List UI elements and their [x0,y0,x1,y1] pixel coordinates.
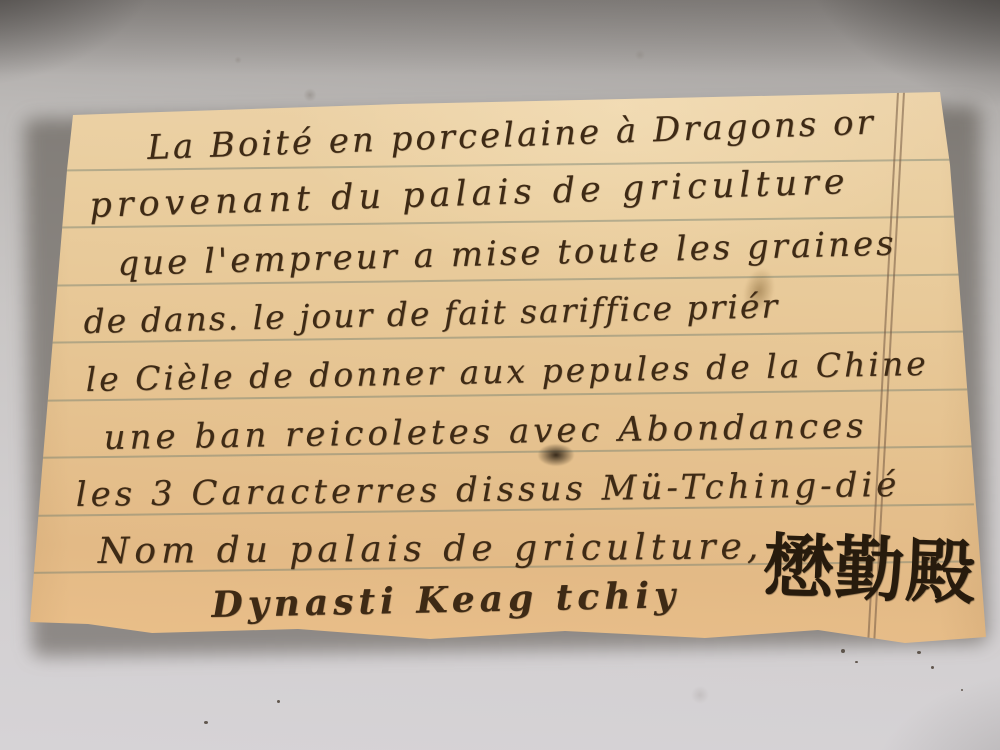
handwritten-text: une ban reicoletes avec Abondances [103,406,867,458]
ink-speck [931,666,934,669]
handwritten-text: les 3 Caracterres dissus Mü-Tching-dié [76,465,901,515]
handwritten-line: La Boité en porcelaine à Dragons or [147,103,877,168]
ink-speck [841,649,845,653]
handwritten-line: une ban reicoletes avec Abondances [103,406,867,458]
handwritten-line: Dynasti Keag tchiy [211,574,680,626]
ink-speck [961,689,963,691]
handwritten-text: provenant du palais de griculture [89,162,850,226]
photograph: La Boité en porcelaine à Dragons or prov… [0,0,1000,750]
cjk-inscription: 懋勤殿 [762,510,978,618]
handwritten-line: les 3 Caracterres dissus Mü-Tching-dié [76,465,901,515]
handwritten-line: provenant du palais de griculture [89,162,850,226]
ink-speck [917,651,921,654]
handwritten-text: de dans. le jour de fait sariffice priér [83,286,780,341]
cjk-text: 懋勤殿 [762,525,978,614]
handwritten-text: La Boité en porcelaine à Dragons or [147,103,877,168]
ink-speck [277,700,280,703]
ink-speck [855,661,858,663]
handwritten-text: Nom du palais de griculture, [98,526,764,572]
handwritten-text: Dynasti Keag tchiy [211,574,680,626]
handwritten-line: de dans. le jour de fait sariffice priér [83,286,780,341]
ink-speck [204,721,208,724]
handwritten-line: Nom du palais de griculture, [98,526,764,572]
